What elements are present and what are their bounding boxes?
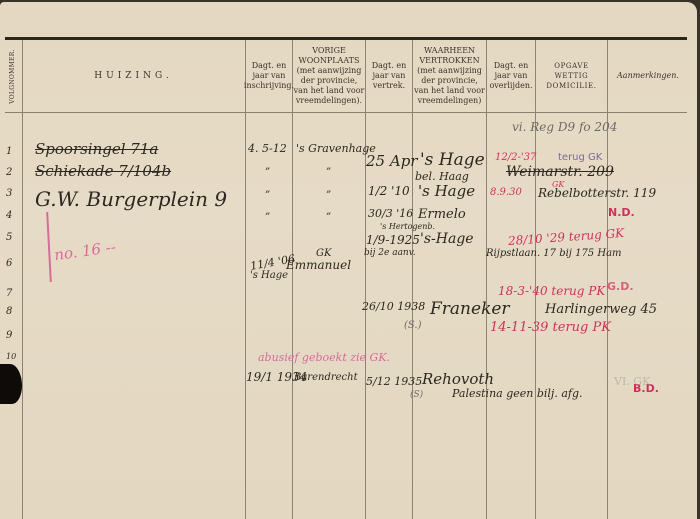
destination: Franeker [430,299,510,319]
departure-date: 30/3 '16 [368,207,413,220]
departure-date: 25 Apr [366,152,417,170]
ditto-mark: ” [265,167,270,178]
departure-note: bij 2e aanv. [364,248,416,258]
ditto-mark: ” [326,190,331,201]
address-entry: G.W. Burgerplein 9 [35,187,227,211]
row-number: 1 [6,146,12,157]
column-divider [292,40,293,519]
red-annotation: 14-11-39 terug PK [490,320,611,335]
row-number: 9 [6,330,12,341]
destination: Rehovoth [422,370,494,388]
row-number: 2 [6,167,12,178]
column-divider [412,40,413,519]
column-divider [535,40,536,519]
stamp-nd: N.D. [608,206,635,219]
header-domicilie: OPGAVE WETTIG DOMICILIE. [536,42,607,110]
address-entry: Spoorsingel 71a [35,140,158,158]
ditto-mark: ” [265,190,270,201]
row-number: 10 [6,352,16,361]
address-annotation: Rebelbotterstr. 119 [538,186,656,200]
departure-date: 1/2 '10 [368,184,410,198]
red-annotation: 18-3-'40 terug PK [498,284,605,298]
pink-note: abusief geboekt zie GK. [258,351,390,364]
previous-residence: Barendrecht [294,372,358,383]
destination: 's Hage [418,182,475,200]
row-number: 6 [6,258,12,269]
row-number: 4 [6,210,12,221]
registration-date: 4. 5-12 [248,142,287,155]
column-divider [245,40,246,519]
pink-note: no. 16 -- [53,238,117,264]
previous-residence: Emmanuel [286,258,351,272]
violet-stamp: terug GK [558,152,602,163]
header-vertrek: Dagt. en jaar van vertrek. [366,42,412,110]
row-number: 5 [6,232,12,243]
departure-note: (S.) [404,320,421,331]
registration-place: 's Hage [250,270,288,281]
header-bottom-rule [5,112,687,113]
destination: 's Hage [420,150,485,170]
header-overlijden: Dagt. en jaar van overlijden. [487,42,535,110]
departure-date: 5/12 1935 [366,375,422,388]
register-reference: vi. Reg D9 fo 204 [512,120,617,134]
row-number: 3 [6,188,12,199]
address-annotation: Rijpstlaan. 17 bij 175 Ham [486,248,622,259]
pink-margin-mark [46,212,52,282]
address-annotation: Weimarstr. 209 [506,164,614,180]
header-inschrijving: Dagt. en jaar van inschrijving. [246,42,292,110]
header-top-rule [5,37,687,40]
address-entry: Schiekade 7/104b [35,162,171,180]
column-divider [486,40,487,519]
header-aanmerkingen: Aanmerkingen. [608,42,688,110]
address-annotation: Harlingerweg 45 [545,302,657,317]
departure-date: 1/9-1925 [366,233,420,247]
red-annotation: 8.9.30 [490,187,522,198]
red-annotation: 12/2-'37 [495,152,536,163]
register-card: VOLGNOMMER. HUIZING. Dagt. en jaar van i… [0,2,697,519]
ditto-mark: ” [265,212,270,223]
stamp-gd: G.D. [607,280,634,293]
destination: 's-Hage [420,231,474,247]
torn-edge [0,364,22,404]
ditto-mark: ” [326,212,331,223]
header-huizing: HUIZING. [22,42,245,110]
header-vorige-woonplaats: VORIGE WOONPLAATS (met aanwijzing der pr… [293,42,365,110]
ditto-mark: ” [326,167,331,178]
previous-residence-note: GK [316,248,331,259]
destination-note: 's Hertogenb. [380,222,435,231]
stamp-faded: VI. GK [614,375,650,388]
departure-note: (S) [410,390,423,400]
destination-note: Palestina geen bilj. afg. [452,387,583,400]
column-divider [365,40,366,519]
header-waarheen: WAARHEEN VERTROKKEN (met aanwijzing der … [413,42,486,110]
previous-residence: 's Gravenhage [296,142,376,155]
header-volgnommer: VOLGNOMMER. [2,42,22,110]
column-divider [22,40,23,519]
departure-date: 26/10 1938 [362,300,425,313]
row-number: 7 [6,288,12,299]
destination: Ermelo [418,207,466,222]
row-number: 8 [6,306,12,317]
